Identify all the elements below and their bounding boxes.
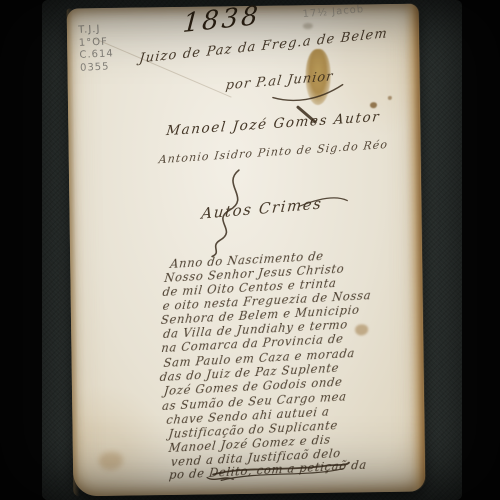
ink-flourishes xyxy=(67,4,426,497)
manuscript-photo: T.J.J 1°OF C.614 0355 1838 17½ Jacob Jui… xyxy=(0,0,500,500)
signature-swash xyxy=(273,85,343,101)
title-tail-flourish xyxy=(299,198,347,207)
central-squiggle-flourish xyxy=(211,170,240,256)
closing-underline-flourish xyxy=(213,463,349,475)
bold-pen-dash xyxy=(298,107,315,122)
manuscript-paper-sheet: T.J.J 1°OF C.614 0355 1838 17½ Jacob Jui… xyxy=(67,4,426,497)
closing-underline-flourish xyxy=(207,477,233,479)
